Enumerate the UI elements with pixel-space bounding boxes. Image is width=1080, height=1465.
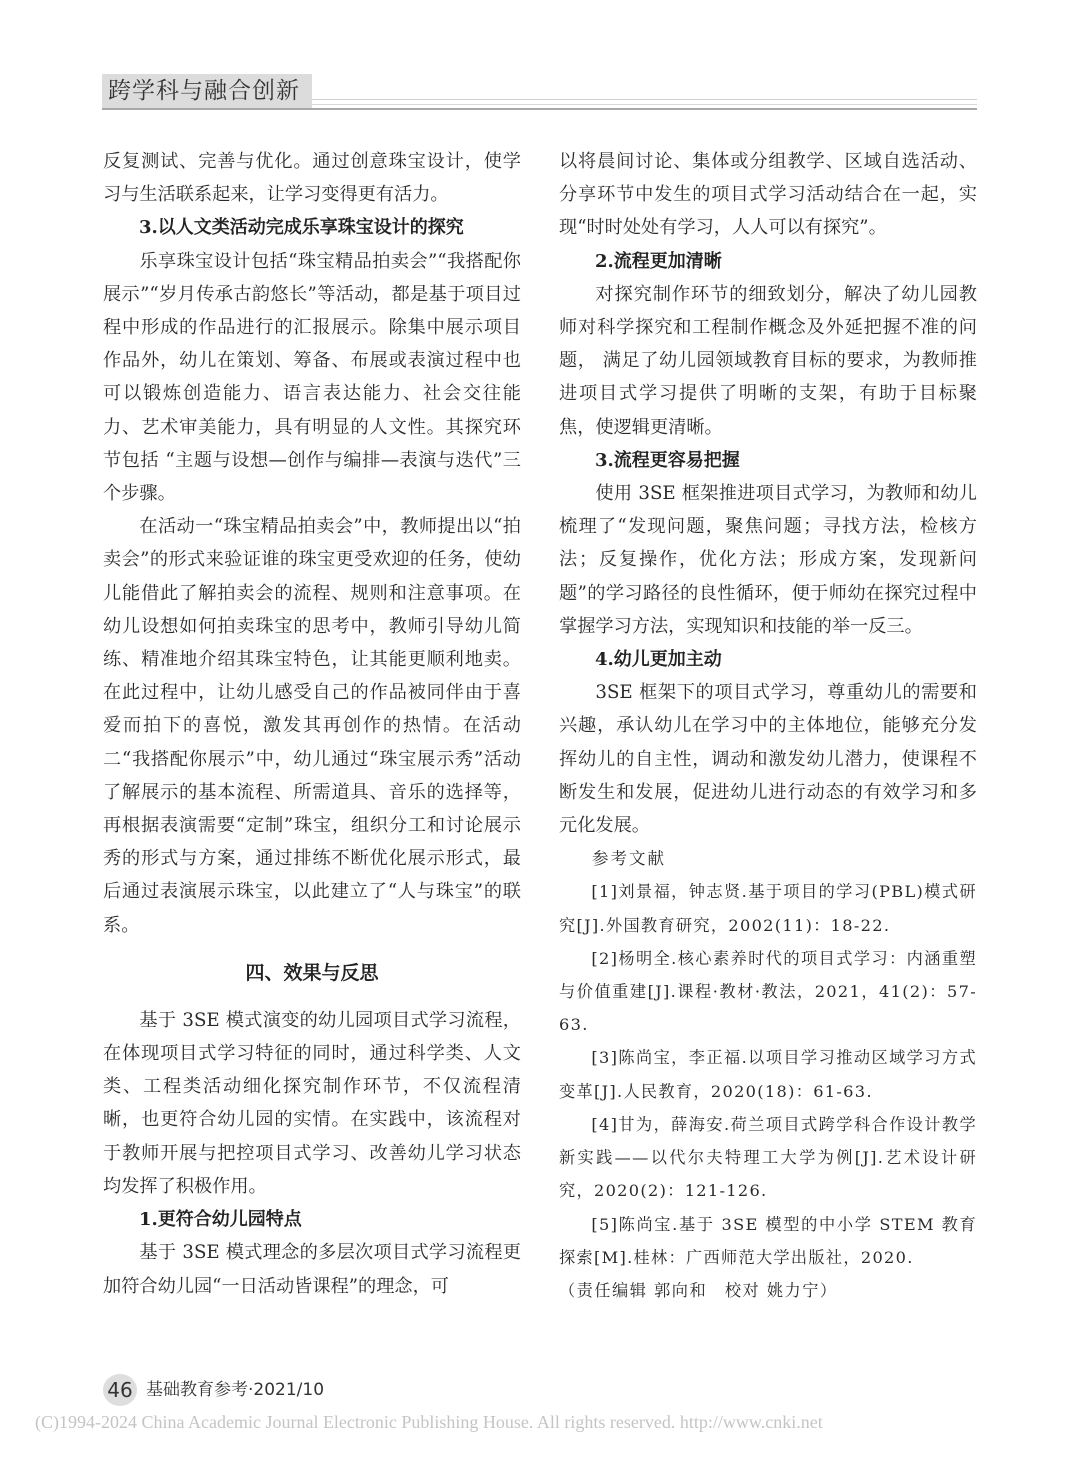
header-rule-thick bbox=[102, 108, 977, 110]
paragraph: 3SE 框架下的项目式学习，尊重幼儿的需要和兴趣，承认幼儿在学习中的主体地位，能… bbox=[559, 676, 977, 842]
subheading: 4.幼儿更加主动 bbox=[559, 643, 977, 676]
paragraph: 基于 3SE 模式理念的多层次项目式学习流程更加符合幼儿园“一日活动皆课程”的理… bbox=[103, 1236, 521, 1302]
page-number: 46 bbox=[103, 1374, 137, 1406]
paragraph: 使用 3SE 框架推进项目式学习，为教师和幼儿梳理了“发现问题，聚焦问题；寻找方… bbox=[559, 477, 977, 643]
reference-item: [5]陈尚宝.基于 3SE 模型的中小学 STEM 教育探索[M].桂林：广西师… bbox=[559, 1208, 977, 1274]
header-rule-thin bbox=[312, 99, 977, 100]
running-header: 跨学科与融合创新 bbox=[102, 74, 977, 110]
reference-item: [4]甘为，薛海安.荷兰项目式跨学科合作设计教学新实践——以代尔夫特理工大学为例… bbox=[559, 1108, 977, 1208]
subheading: 2.流程更加清晰 bbox=[559, 245, 977, 278]
editor-credit: （责任编辑 郭向和 校对 姚力宁） bbox=[559, 1274, 977, 1307]
subheading: 3.以人文类活动完成乐享珠宝设计的探究 bbox=[103, 211, 521, 244]
reference-item: [3]陈尚宝，李正福.以项目学习推动区域学习方式变革[J].人民教育，2020(… bbox=[559, 1041, 977, 1107]
reference-item: [2]杨明全.核心素养时代的项目式学习：内涵重塑与价值重建[J].课程·教材·教… bbox=[559, 942, 977, 1042]
paragraph: 乐享珠宝设计包括“珠宝精品拍卖会”“我搭配你展示”“岁月传承古韵悠长”等活动，都… bbox=[103, 245, 521, 511]
paragraph: 反复测试、完善与优化。通过创意珠宝设计，使学习与生活联系起来，让学习变得更有活力… bbox=[103, 145, 521, 211]
paragraph: 基于 3SE 模式演变的幼儿园项目式学习流程，在体现项目式学习特征的同时，通过科… bbox=[103, 1004, 521, 1203]
left-column: 反复测试、完善与优化。通过创意珠宝设计，使学习与生活联系起来，让学习变得更有活力… bbox=[103, 145, 521, 1303]
section-heading: 四、效果与反思 bbox=[103, 956, 521, 990]
header-rule-thin bbox=[312, 104, 977, 105]
paragraph: 对探究制作环节的细致划分，解决了幼儿园教师对科学探究和工程制作概念及外延把握不准… bbox=[559, 278, 977, 444]
paragraph: 在活动一“珠宝精品拍卖会”中，教师提出以“拍卖会”的形式来验证谁的珠宝更受欢迎的… bbox=[103, 510, 521, 942]
section-title: 跨学科与融合创新 bbox=[102, 74, 312, 108]
references-title: 参考文献 bbox=[559, 842, 977, 875]
copyright-notice: (C)1994-2024 China Academic Journal Elec… bbox=[35, 1412, 1045, 1433]
subheading: 3.流程更容易把握 bbox=[559, 444, 977, 477]
reference-item: [1]刘景福，钟志贤.基于项目的学习(PBL)模式研究[J].外国教育研究，20… bbox=[559, 875, 977, 941]
right-column: 以将晨间讨论、集体或分组教学、区域自选活动、分享环节中发生的项目式学习活动结合在… bbox=[559, 145, 977, 1307]
subheading: 1.更符合幼儿园特点 bbox=[103, 1203, 521, 1236]
journal-issue: 基础教育参考·2021/10 bbox=[146, 1376, 324, 1404]
paragraph: 以将晨间讨论、集体或分组教学、区域自选活动、分享环节中发生的项目式学习活动结合在… bbox=[559, 145, 977, 245]
